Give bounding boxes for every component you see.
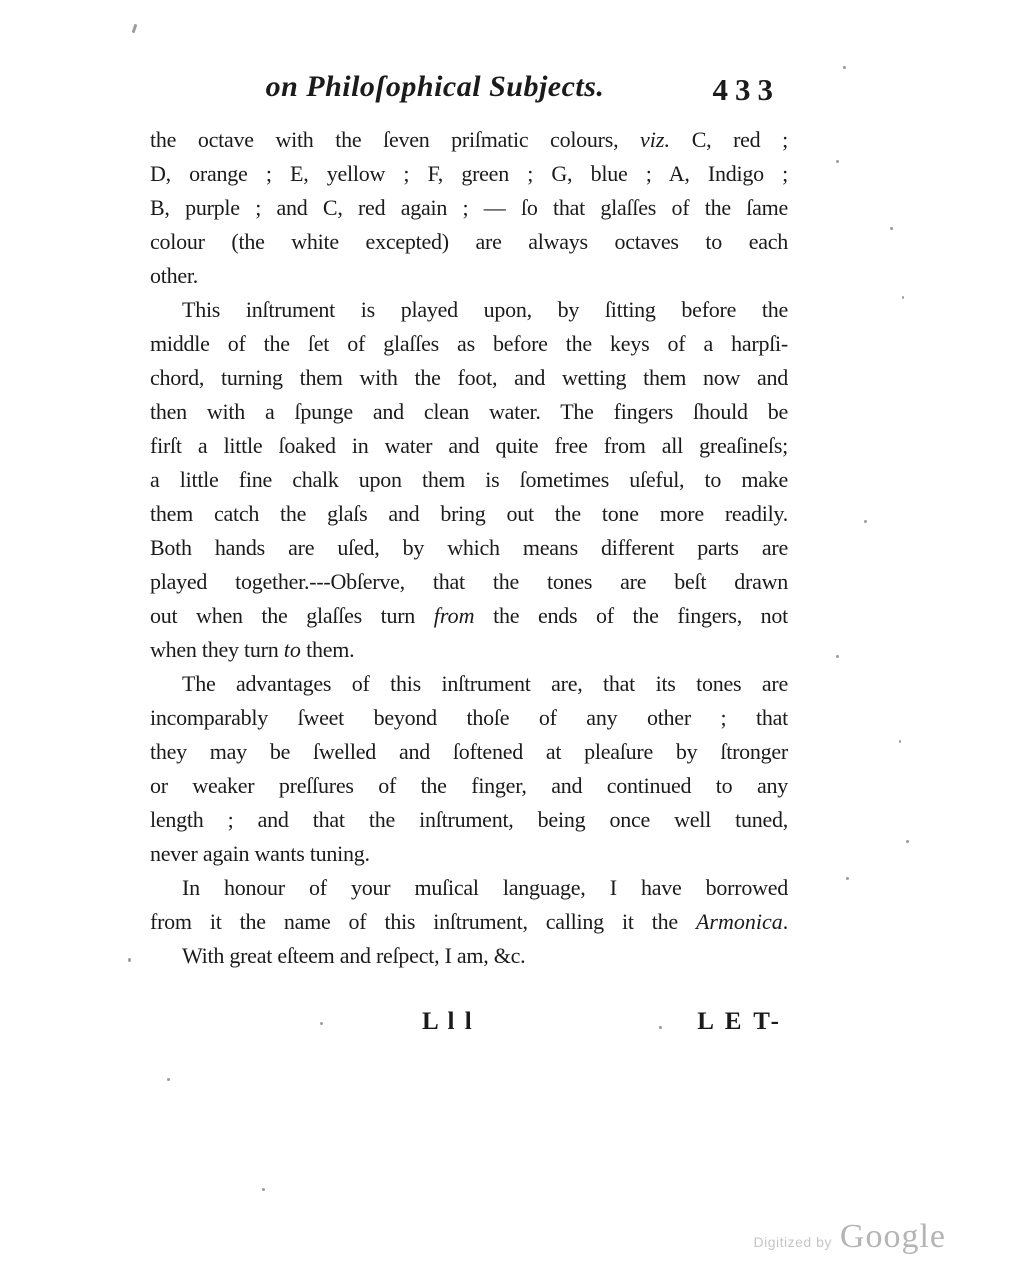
text-line: B, purple ; and C, red again ; — ſo that…: [150, 191, 788, 225]
scan-speck: [846, 877, 849, 880]
running-title: on Philoſophical Subjects.: [266, 70, 605, 104]
digitized-by-google-watermark: Digitized by Google: [754, 1218, 946, 1256]
paragraph: With great eſteem and reſpect, I am, &c.: [150, 939, 788, 973]
scan-speck: [902, 296, 904, 299]
text-line: length ; and that the inſtrument, being …: [150, 803, 788, 837]
text-line: firſt a little ſoaked in water and quite…: [150, 429, 788, 463]
text-line: colour (the white excepted) are always o…: [150, 225, 788, 259]
text-line: from it the name of this inſtrument, cal…: [150, 905, 788, 939]
scan-speck: [128, 958, 131, 962]
text-line: Both hands are uſed, by which means diff…: [150, 531, 788, 565]
text-line: a little fine chalk upon them is ſometim…: [150, 463, 788, 497]
paragraph: The advantages of this inſtrument are, t…: [150, 667, 788, 871]
scan-speck: [836, 160, 839, 163]
scan-speck: [262, 1188, 265, 1191]
text-line: This inſtrument is played upon, by ſitti…: [150, 293, 788, 327]
text-line: D, orange ; E, yellow ; F, green ; G, bl…: [150, 157, 788, 191]
text-line: the octave with the ſeven priſmatic colo…: [150, 123, 788, 157]
text-line: played together.---Obſerve, that the ton…: [150, 565, 788, 599]
scan-speck: [167, 1078, 170, 1081]
scan-speck: [890, 227, 893, 230]
scan-speck: [132, 24, 138, 33]
text-line: In honour of your muſical language, I ha…: [150, 871, 788, 905]
scan-speck: [899, 740, 901, 743]
text-line: when they turn to them.: [150, 633, 788, 667]
google-logo: Google: [840, 1218, 946, 1256]
scan-speck: [659, 1026, 662, 1029]
text-line: never again wants tuning.: [150, 837, 788, 871]
paragraph: In honour of your muſical language, I ha…: [150, 871, 788, 939]
signature-mark: L l l: [422, 1008, 474, 1036]
text-line: middle of the ſet of glaſſes as before t…: [150, 327, 788, 361]
catchword: L E T-: [697, 1008, 782, 1036]
scan-speck: [843, 66, 846, 69]
text-line: incomparably ſweet beyond thoſe of any o…: [150, 701, 788, 735]
paragraph: This inſtrument is played upon, by ſitti…: [150, 293, 788, 667]
scan-speck: [864, 520, 867, 523]
text-line: then with a ſpunge and clean water. The …: [150, 395, 788, 429]
running-head: on Philoſophical Subjects. 433: [150, 70, 788, 116]
watermark-prefix: Digitized by: [754, 1234, 832, 1250]
text-line: other.: [150, 259, 788, 293]
text-line: chord, turning them with the foot, and w…: [150, 361, 788, 395]
paragraph: the octave with the ſeven priſmatic colo…: [150, 123, 788, 293]
text-line: out when the glaſſes turn from the ends …: [150, 599, 788, 633]
scan-speck: [906, 840, 909, 843]
scanned-book-page: on Philoſophical Subjects. 433 the octav…: [0, 0, 1014, 1282]
page-number: 433: [713, 72, 781, 108]
text-line: The advantages of this inſtrument are, t…: [150, 667, 788, 701]
scan-speck: [836, 655, 839, 658]
scan-speck: [320, 1022, 323, 1025]
text-line: they may be ſwelled and ſoftened at plea…: [150, 735, 788, 769]
text-line: With great eſteem and reſpect, I am, &c.: [150, 939, 788, 973]
text-line: or weaker preſſures of the finger, and c…: [150, 769, 788, 803]
letter-text-block: the octave with the ſeven priſmatic colo…: [150, 123, 788, 973]
footer-row: L l l L E T-: [150, 1008, 788, 1044]
text-line: them catch the glaſs and bring out the t…: [150, 497, 788, 531]
